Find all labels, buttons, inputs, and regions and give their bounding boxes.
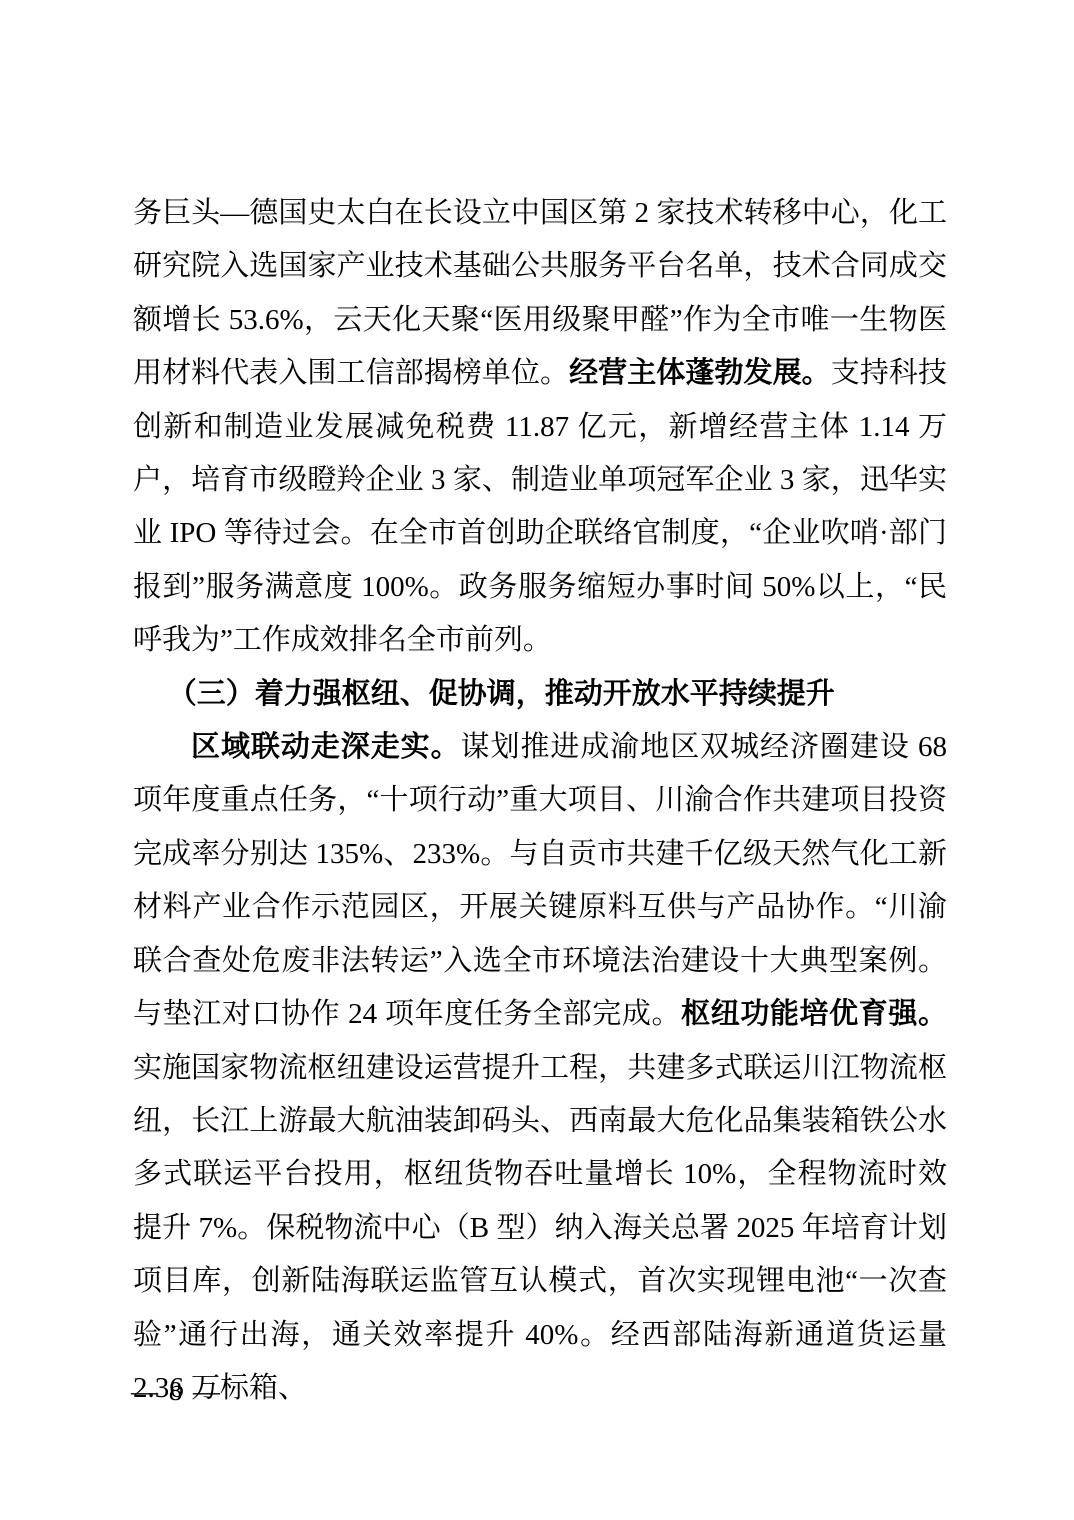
body-text: 实施国家物流枢纽建设运营提升工程，共建多式联运川江物流枢纽，长江上游最大航油装卸…: [133, 1052, 947, 1404]
body-text: 谋划推进成渝地区双城经济圈建设 68 项年度重点任务，“十项行动”重大项目、川渝…: [133, 731, 947, 1030]
text-block: 务巨头—德国史太白在长设立中国区第 2 家技术转移中心，化工研究院入选国家产业技…: [133, 187, 947, 1415]
document-page: 务巨头—德国史太白在长设立中国区第 2 家技术转移中心，化工研究院入选国家产业技…: [0, 0, 1074, 1520]
body-text: 支持科技创新和制造业发展减免税费 11.87 亿元，新增经营主体 1.14 万户…: [133, 357, 947, 656]
bold-sentence-hub-function: 枢纽功能培优育强。: [681, 998, 947, 1030]
section-heading-three: （三）着力强枢纽、促协调，推动开放水平持续提升: [133, 668, 947, 721]
paragraph-continued: 务巨头—德国史太白在长设立中国区第 2 家技术转移中心，化工研究院入选国家产业技…: [133, 187, 947, 668]
page-number: — 8 —: [131, 1376, 222, 1406]
bold-sentence-business-entities: 经营主体蓬勃发展。: [569, 357, 831, 389]
paragraph-regional-linkage: 区域联动走深走实。谋划推进成渝地区双城经济圈建设 68 项年度重点任务，“十项行…: [133, 721, 947, 1415]
bold-sentence-regional-linkage: 区域联动走深走实。: [191, 731, 461, 763]
